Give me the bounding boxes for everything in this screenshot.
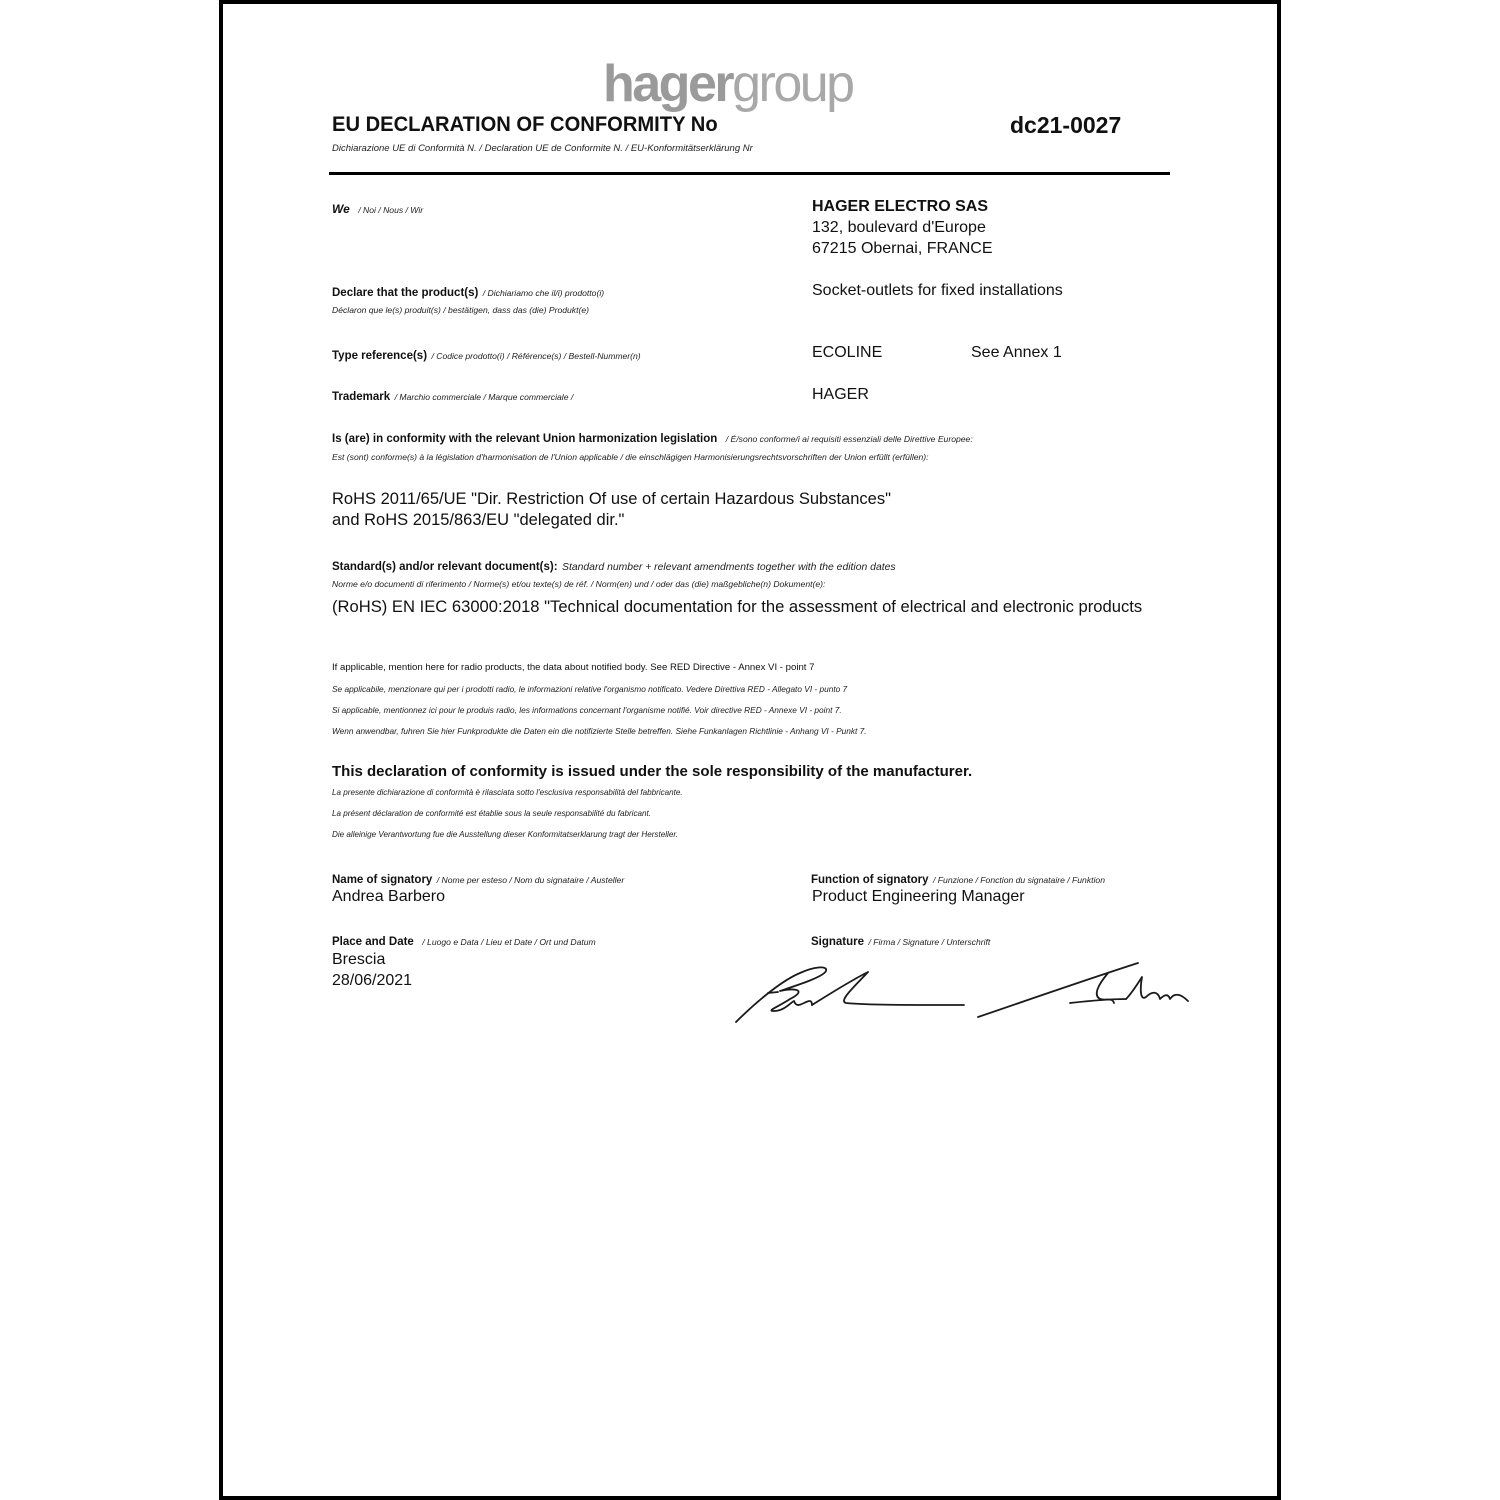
type-reference-annex: See Annex 1 [971,344,1062,362]
type-reference-label: Type reference(s) [332,350,427,362]
type-reference-translations: / Codice prodotto(i) / Référence(s) / Be… [431,351,640,361]
standards-note: Standard number + relevant amendments to… [562,562,896,573]
product-label-row: Declare that the product(s) / Dichiariam… [332,283,604,301]
radio-notice-it: Se applicabile, menzionare qui per i pro… [332,684,847,694]
logo-bold-part: hager [603,55,732,113]
legislation-line-1: RoHS 2011/65/UE "Dir. Restriction Of use… [332,489,891,510]
radio-notice-en: If applicable, mention here for radio pr… [332,662,814,673]
signature-label-row: Signature / Firma / Signature / Untersch… [811,932,990,950]
signatory-name: Andrea Barbero [332,888,445,906]
conformity-translations-1: / É/sono conforme/i ai requisiti essenzi… [726,434,973,444]
type-reference-label-row: Type reference(s) / Codice prodotto(i) /… [332,346,641,364]
signatory-function-translations: / Funzione / Fonction du signataire / Fu… [933,875,1105,885]
signatory-function-label-row: Function of signatory / Funzione / Fonct… [811,870,1105,888]
responsibility-fr: La présent déclaration de conformité est… [332,809,651,818]
standards-label-row: Standard(s) and/or relevant document(s):… [332,557,896,575]
handwritten-signature [728,955,1198,1040]
we-translations: / Noi / Nous / Wir [358,205,423,215]
manufacturer-address-2: 67215 Obernai, FRANCE [812,240,993,258]
we-label-row: We / Noi / Nous / Wir [332,200,423,218]
signatory-function: Product Engineering Manager [812,888,1025,906]
conformity-translations-2: Est (sont) conforme(s) à la législation … [332,452,929,462]
responsibility-it: La presente dichiarazione di conformità … [332,788,683,797]
responsibility-de: Die alleinige Verantwortung fue die Auss… [332,830,678,839]
trademark-label-row: Trademark / Marchio commerciale / Marque… [332,387,573,405]
signature-label: Signature [811,936,864,948]
document-subtitle: Dichiarazione UE di Conformità N. / Decl… [332,143,753,154]
product-translations-2: Déclaron que le(s) produit(s) / bestätig… [332,305,589,315]
standards-value: (RoHS) EN IEC 63000:2018 "Technical docu… [332,596,1142,617]
radio-notice-de: Wenn anwendbar, fuhren Sie hier Funkprod… [332,726,867,736]
responsibility-statement: This declaration of conformity is issued… [332,763,972,780]
signatory-name-label: Name of signatory [332,874,432,886]
date: 28/06/2021 [332,972,412,990]
standards-translations: Norme e/o documenti di riferimento / Nor… [332,579,825,589]
conformity-label: Is (are) in conformity with the relevant… [332,433,717,445]
manufacturer-name: HAGER ELECTRO SAS [812,198,988,216]
header-divider [329,172,1170,175]
document-number: dc21-0027 [1010,112,1121,139]
signatory-name-label-row: Name of signatory / Nome per esteso / No… [332,870,624,888]
product-value: Socket-outlets for fixed installations [812,282,1063,300]
product-label: Declare that the product(s) [332,287,478,299]
trademark-translations: / Marchio commerciale / Marque commercia… [395,392,574,402]
place-date-translations: / Luogo e Data / Lieu et Date / Ort und … [422,937,595,947]
standards-label: Standard(s) and/or relevant document(s): [332,561,558,573]
trademark-label: Trademark [332,391,390,403]
place-date-label: Place and Date [332,936,414,948]
legislation-line-2: and RoHS 2015/863/EU "delegated dir." [332,510,624,531]
place: Brescia [332,951,385,969]
trademark-value: HAGER [812,386,869,404]
logo-light-part: group [732,55,853,113]
we-label: We [332,202,350,216]
type-reference-value: ECOLINE [812,344,882,362]
radio-notice-fr: Si applicable, mentionnez ici pour le pr… [332,705,842,715]
signatory-name-translations: / Nome per esteso / Nom du signataire / … [437,875,624,885]
document-page [219,0,1281,1500]
conformity-label-row: Is (are) in conformity with the relevant… [332,429,973,447]
place-date-label-row: Place and Date / Luogo e Data / Lieu et … [332,932,596,950]
hagergroup-logo: hagergroup [603,58,853,110]
signature-translations: / Firma / Signature / Unterschrift [869,937,991,947]
document-title: EU DECLARATION OF CONFORMITY No [332,113,718,137]
manufacturer-address-1: 132, boulevard d'Europe [812,219,986,237]
signatory-function-label: Function of signatory [811,874,929,886]
product-translations-1: / Dichiariamo che il/i) prodotto(i) [483,288,604,298]
